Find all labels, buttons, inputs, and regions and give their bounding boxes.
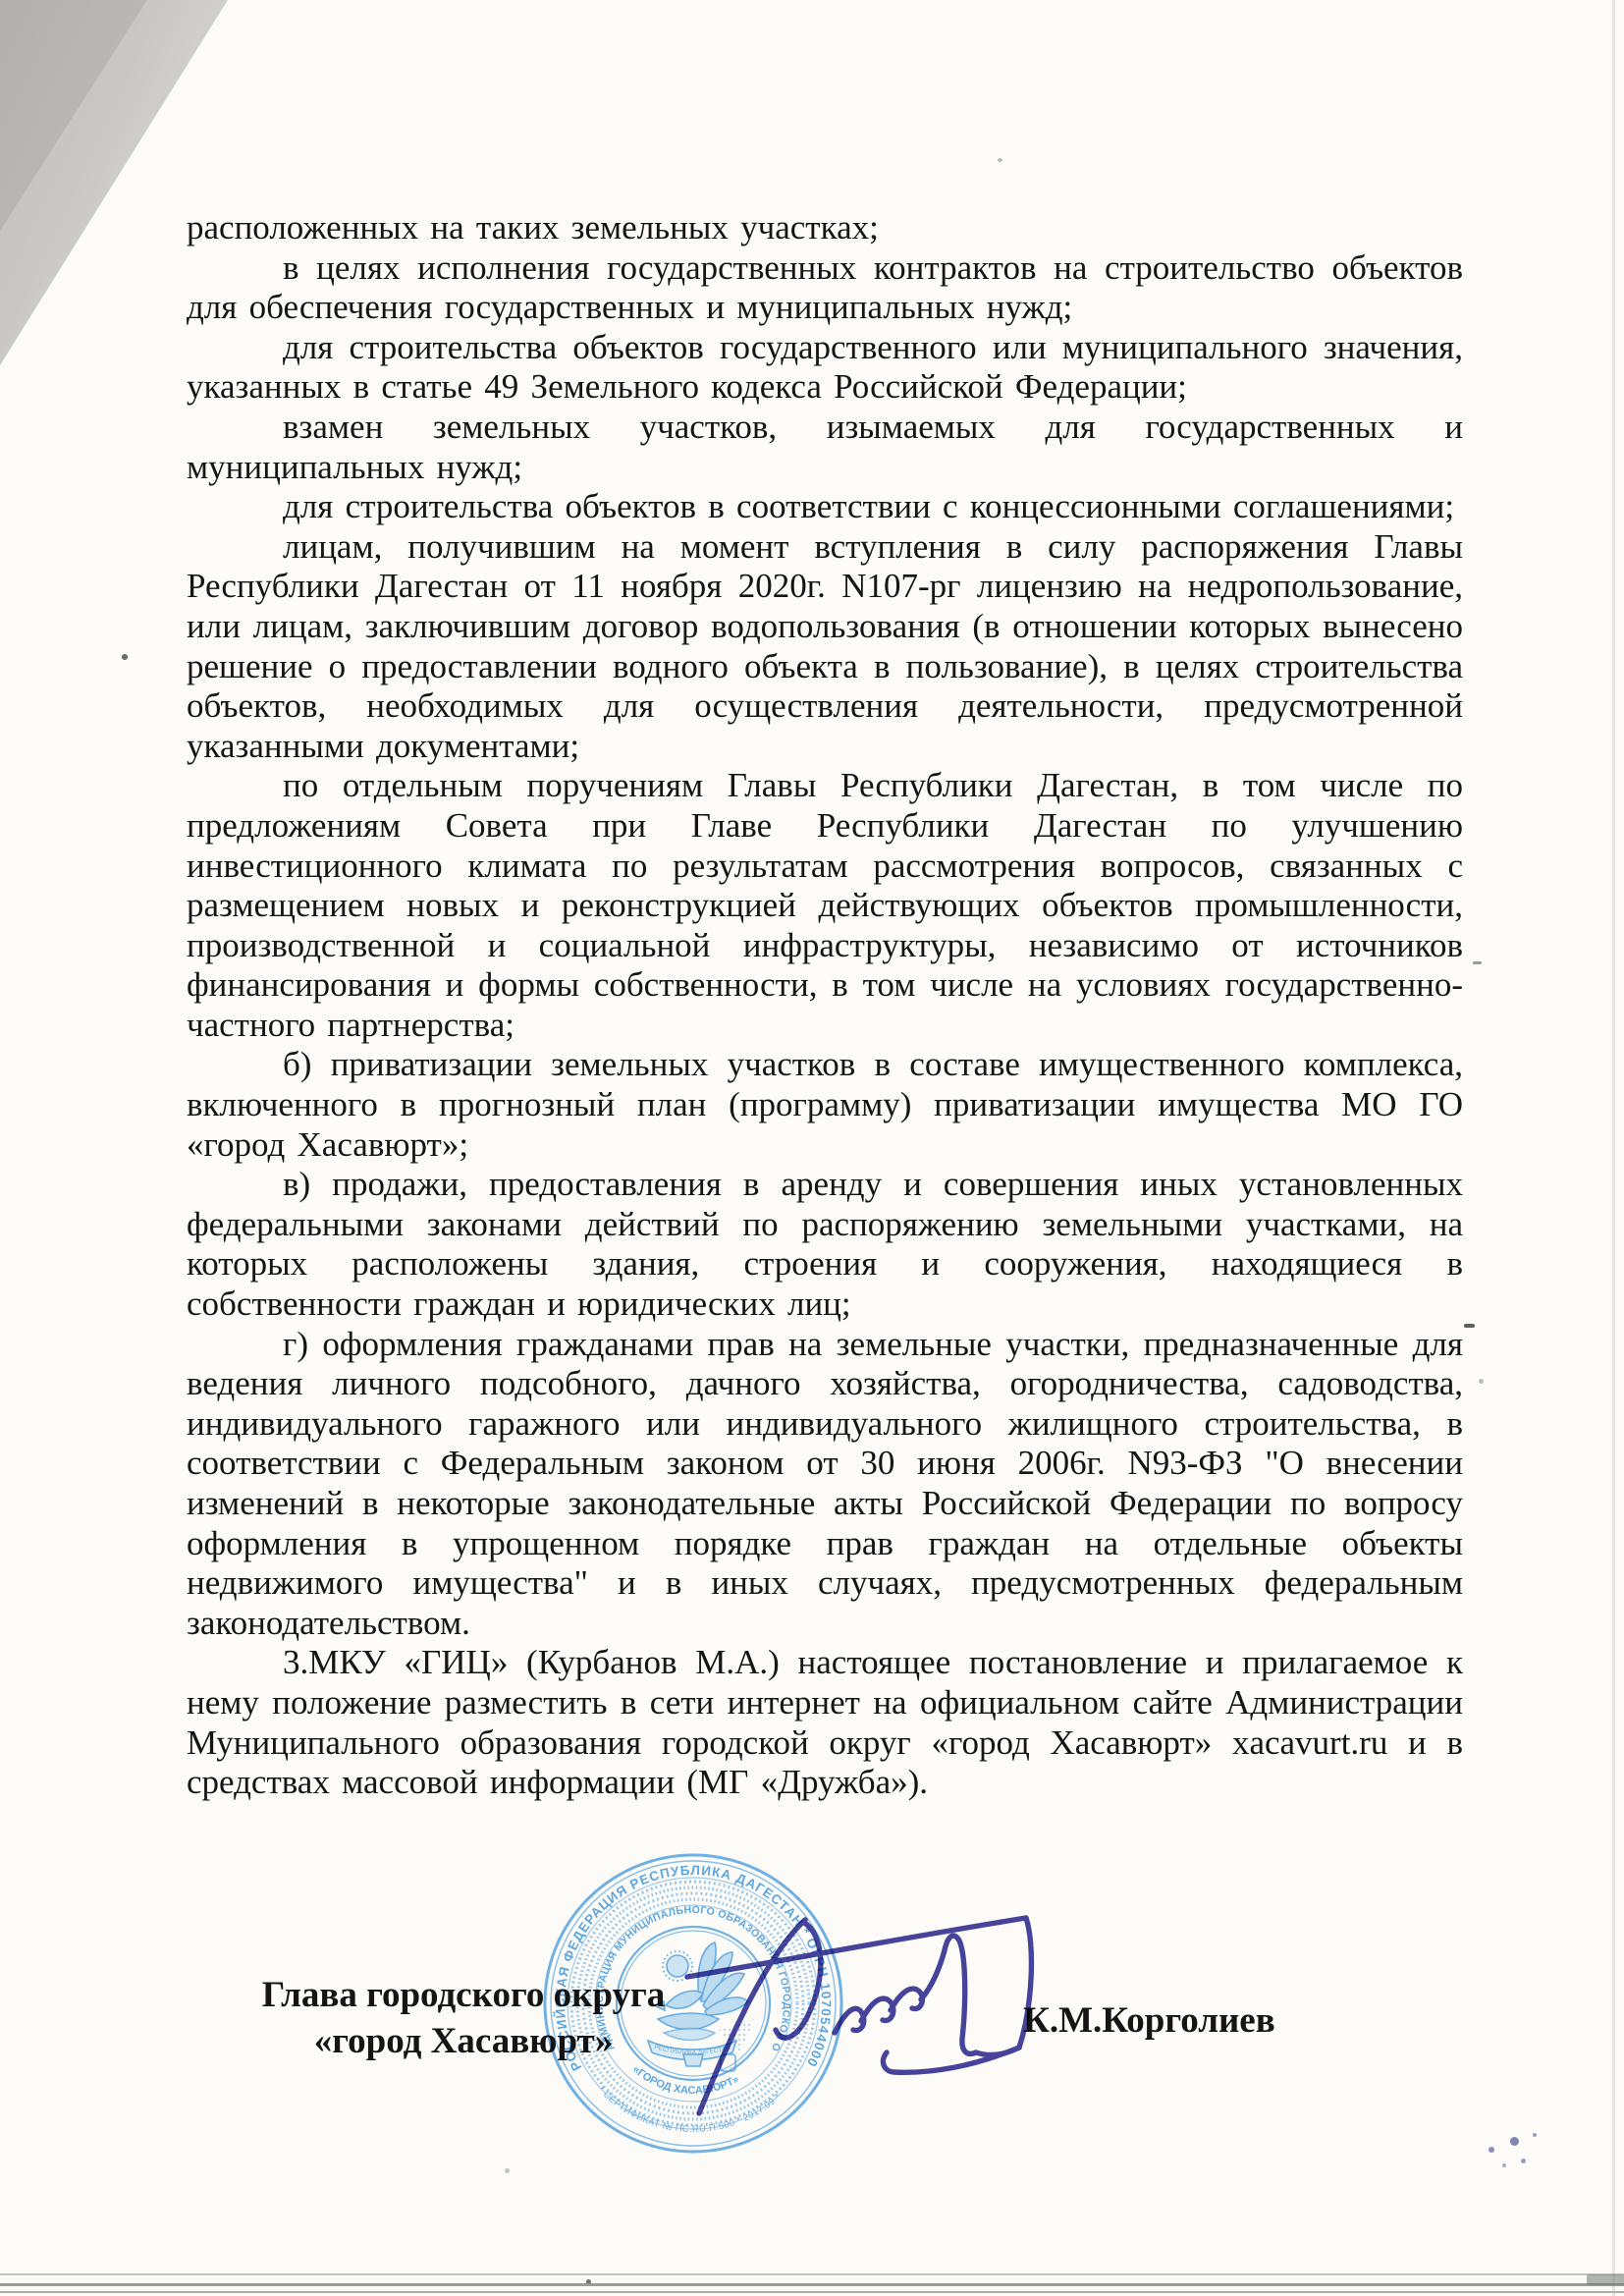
scan-line-artifact — [0, 2291, 1624, 2293]
ink-speck — [1479, 1379, 1484, 1384]
ink-speck — [1510, 2137, 1519, 2146]
signature-initial — [699, 1920, 805, 2113]
ink-speck — [1533, 2133, 1537, 2137]
paragraph-land-exchange: взамен земельных участков, изымаемых для… — [187, 408, 1463, 487]
ink-speck — [1473, 961, 1482, 964]
ink-speck — [1502, 2163, 1506, 2167]
scan-line-artifact — [0, 2283, 1624, 2286]
ink-speck — [122, 654, 128, 660]
paragraph-item-v: в) продажи, предоставления в аренду и со… — [187, 1165, 1463, 1324]
paragraph-item-b: б) приватизации земельных участков в сос… — [187, 1045, 1463, 1165]
paragraph-special-orders: по отдельным поручениям Главы Республики… — [187, 766, 1463, 1045]
paragraph-concession: для строительства объектов в соответстви… — [187, 487, 1463, 527]
paragraph-item-g: г) оформления гражданами прав на земельн… — [187, 1325, 1463, 1644]
signature-ink — [638, 1884, 1051, 2139]
signature-waves — [835, 1989, 922, 2033]
document-body: расположенных на таких земельных участка… — [187, 208, 1463, 1803]
signature-top-stroke — [687, 1918, 1026, 1977]
paragraph-continuation: расположенных на таких земельных участка… — [187, 208, 1463, 248]
ink-speck — [1521, 2159, 1526, 2163]
ink-speck — [1489, 2147, 1494, 2153]
paragraph-state-objects: для строительства объектов государственн… — [187, 328, 1463, 408]
ink-speck — [1464, 1324, 1475, 1328]
signature-initial-loop — [776, 1922, 821, 2038]
scan-edge-line — [1612, 0, 1615, 2296]
scan-line-artifact — [0, 2273, 1624, 2275]
ink-speck — [998, 158, 1002, 162]
paragraph-state-contracts: в целях исполнения государственных контр… — [187, 248, 1463, 328]
paragraph-item-3-publish: 3.МКУ «ГИЦ» (Курбанов М.А.) настоящее по… — [187, 1643, 1463, 1802]
signatory-name: К.М.Корголиев — [1023, 1999, 1275, 2042]
ink-speck — [505, 2168, 510, 2173]
paragraph-license-holders: лицам, получившим на момент вступления в… — [187, 527, 1463, 767]
scan-edge-blob — [1587, 2274, 1624, 2285]
scanned-document-page: расположенных на таких земельных участка… — [0, 0, 1624, 2296]
signature-flourish — [921, 1936, 1019, 2054]
